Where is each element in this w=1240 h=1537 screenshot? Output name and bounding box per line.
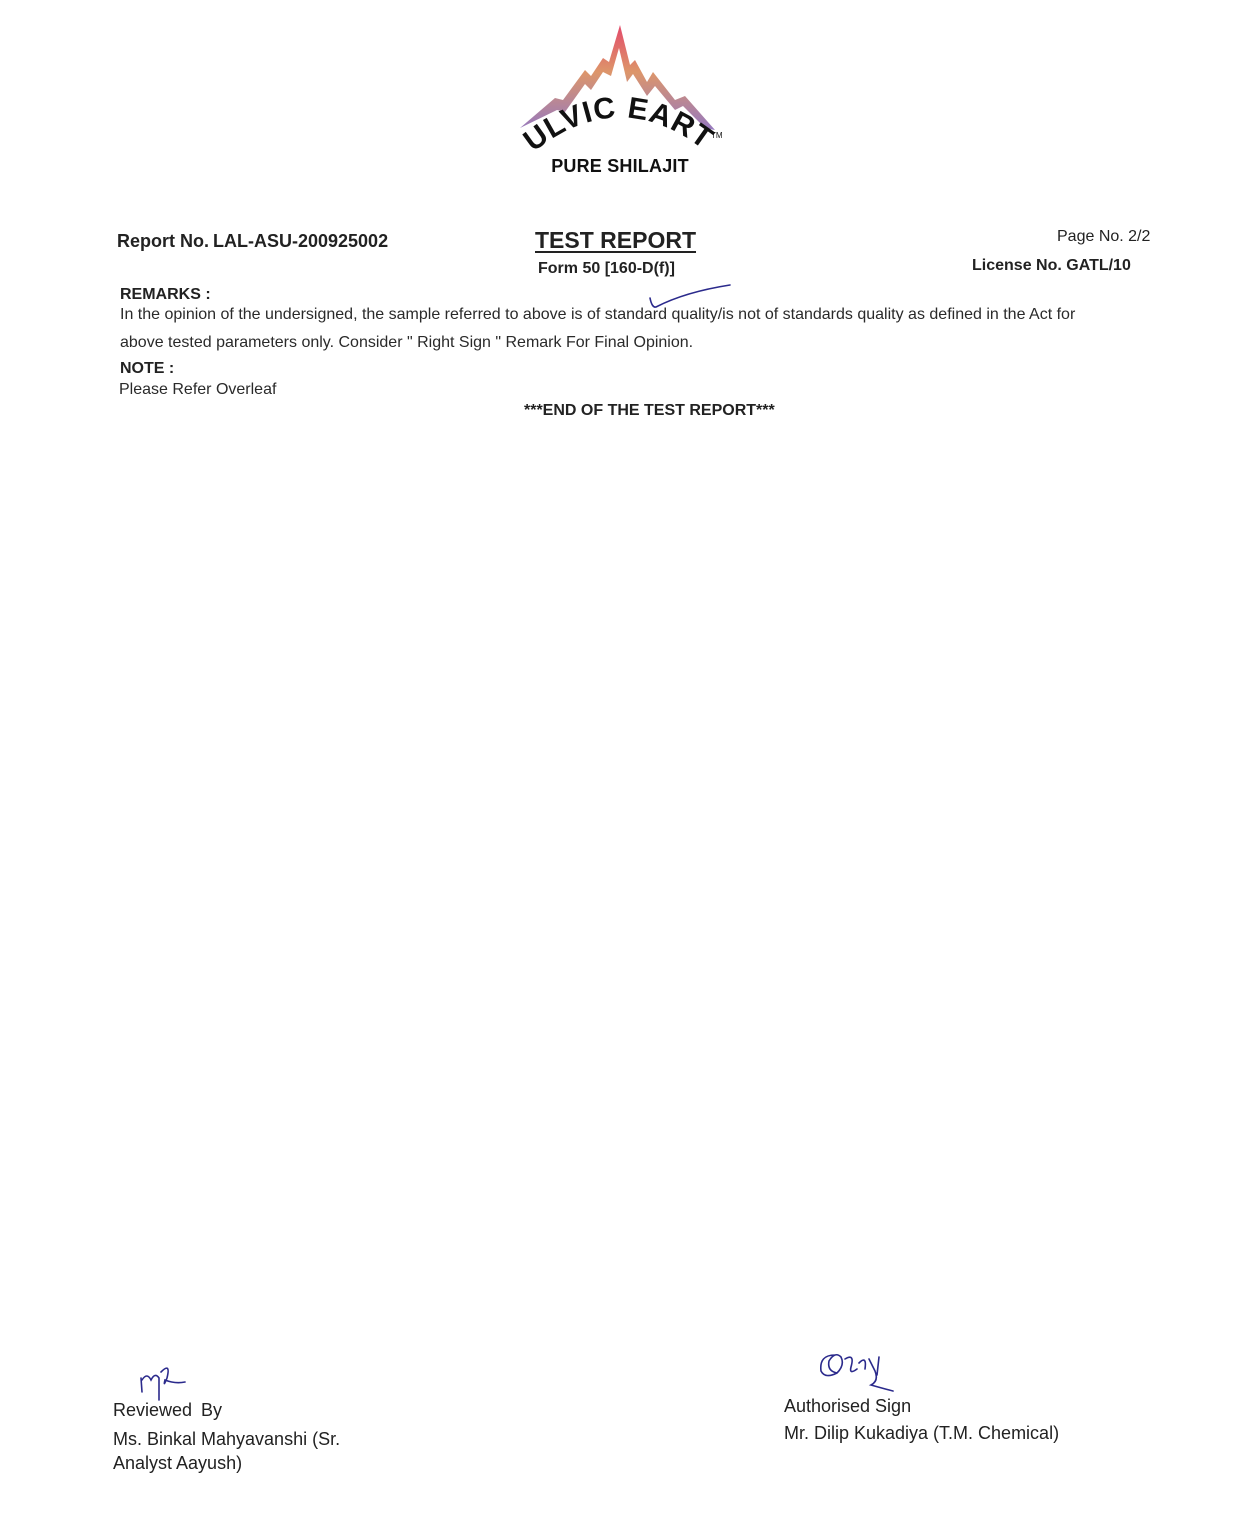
form-number: Form 50 [160-D(f)] [538,260,675,278]
svg-text:TM: TM [711,131,723,140]
checkmark-icon [640,280,740,315]
document-title: TEST REPORT [535,227,696,254]
reviewer-name: Ms. Binkal Mahyavanshi (Sr. Analyst Aayu… [113,1427,373,1475]
end-of-report: ***END OF THE TEST REPORT*** [524,402,775,420]
page-number: Page No. 2/2 [1057,228,1150,246]
remarks-line-2: above tested parameters only. Consider "… [120,334,693,352]
reviewer-signature-icon [135,1358,195,1404]
reviewed-by-label: Reviewed By [113,1400,222,1421]
note-heading: NOTE : [120,360,174,378]
authorised-sign-label: Authorised Sign [784,1396,911,1417]
remarks-heading: REMARKS : [120,286,211,304]
report-number-label: Report No. [117,231,209,251]
brand-tagline: PURE SHILAJIT [520,156,720,177]
note-text: Please Refer Overleaf [119,381,276,399]
authoriser-name: Mr. Dilip Kukadiya (T.M. Chemical) [784,1423,1059,1444]
report-number-value: LAL-ASU-200925002 [213,231,388,251]
report-number: Report No.LAL-ASU-200925002 [117,231,388,252]
authoriser-signature-icon [815,1345,900,1395]
license-number: License No. GATL/10 [972,257,1131,275]
remarks-line-1: In the opinion of the undersigned, the s… [120,306,1075,324]
